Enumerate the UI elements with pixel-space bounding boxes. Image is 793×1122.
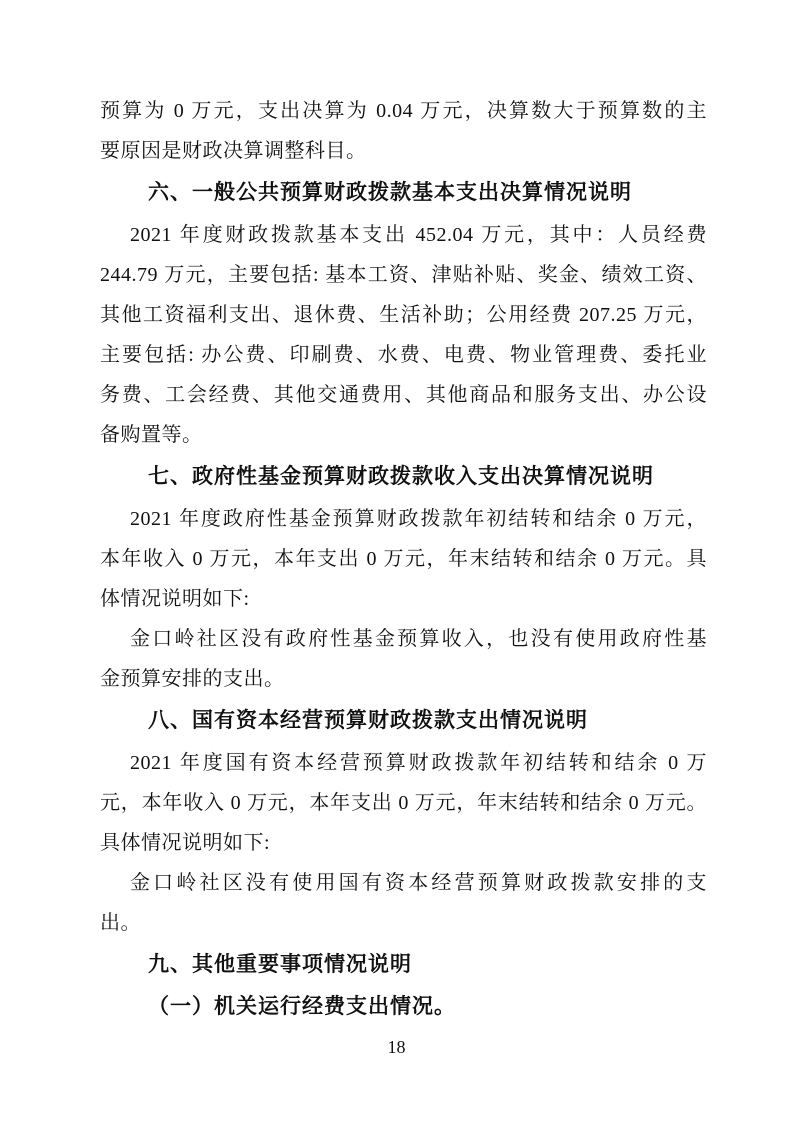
text-line: 其他工资福利支出、退休费、生活补助；公用经费 207.25 万元， [100, 295, 707, 335]
document-body: 预算为 0 万元，支出决算为 0.04 万元，决算数大于预算数的主 要原因是财政… [100, 91, 707, 1029]
text-line: 本年收入 0 万元，本年支出 0 万元，年末结转和结余 0 万元。具 [100, 539, 707, 579]
section-heading-9: 九、其他重要事项情况说明 [100, 945, 707, 985]
text-line: 要原因是财政决算调整科目。 [100, 131, 707, 171]
text-line: 主要包括: 办公费、印刷费、水费、电费、物业管理费、委托业 [100, 335, 707, 375]
text-line: 金口岭社区没有使用国有资本经营预算财政拨款安排的支 [100, 863, 707, 903]
text-line: 2021 年度财政拨款基本支出 452.04 万元，其中：人员经费 [100, 215, 707, 255]
text-line: 2021 年度政府性基金预算财政拨款年初结转和结余 0 万元， [100, 499, 707, 539]
text-line: 金口岭社区没有政府性基金预算收入，也没有使用政府性基 [100, 619, 707, 659]
text-line: 具体情况说明如下: [100, 823, 707, 863]
text-line: 出。 [100, 903, 707, 943]
section-heading-6: 六、一般公共预算财政拨款基本支出决算情况说明 [100, 173, 707, 213]
text-line: 体情况说明如下: [100, 579, 707, 619]
text-line: 244.79 万元，主要包括: 基本工资、津贴补贴、奖金、绩效工资、 [100, 255, 707, 295]
text-line: 预算为 0 万元，支出决算为 0.04 万元，决算数大于预算数的主 [100, 91, 707, 131]
page-number: 18 [0, 1036, 793, 1058]
text-line: 2021 年度国有资本经营预算财政拨款年初结转和结余 0 万 [100, 743, 707, 783]
text-line: 务费、工会经费、其他交通费用、其他商品和服务支出、办公设 [100, 375, 707, 415]
text-line: 金预算安排的支出。 [100, 659, 707, 699]
text-line: 元，本年收入 0 万元，本年支出 0 万元，年末结转和结余 0 万元。 [100, 783, 707, 823]
section-heading-7: 七、政府性基金预算财政拨款收入支出决算情况说明 [100, 457, 707, 497]
subsection-heading-1: （一）机关运行经费支出情况。 [100, 987, 707, 1027]
text-line: 备购置等。 [100, 415, 707, 455]
section-heading-8: 八、国有资本经营预算财政拨款支出情况说明 [100, 701, 707, 741]
document-page: 预算为 0 万元，支出决算为 0.04 万元，决算数大于预算数的主 要原因是财政… [0, 0, 793, 1122]
